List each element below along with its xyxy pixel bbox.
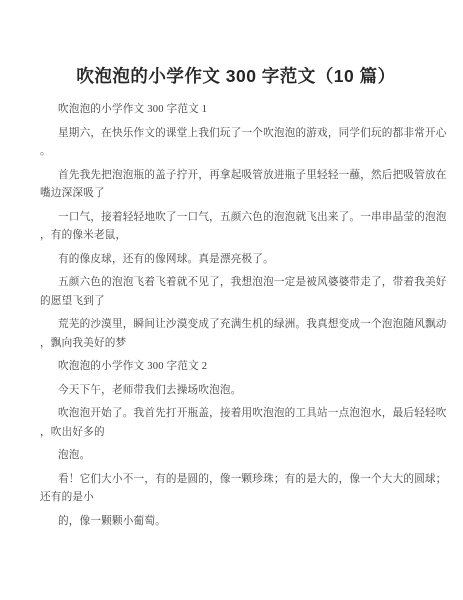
text-line: 的愿望飞到了 xyxy=(40,293,432,312)
text-line: 还有的是小 xyxy=(40,489,432,508)
text-line: 吹泡泡的小学作文 300 字范文 1 xyxy=(40,101,432,120)
text-line: 五颜六色的泡泡飞着飞着就不见了，我想泡泡一定是被风婆婆带走了，带着我美好 xyxy=(40,274,432,293)
paragraph: 荒芜的沙漠里，瞬间让沙漠变成了充满生机的绿洲。我真想变成一个泡泡随风飘动，飘向我… xyxy=(40,316,432,353)
text-line: 泡泡。 xyxy=(40,447,432,466)
text-line: 嘴边深深吸了 xyxy=(40,185,432,204)
text-line: 有的像皮球，还有的像网球。真是漂亮极了。 xyxy=(40,251,432,270)
section-heading: 吹泡泡的小学作文 300 字范文 2 xyxy=(40,358,432,377)
paragraph: 有的像皮球，还有的像网球。真是漂亮极了。 xyxy=(40,251,432,270)
section-heading: 吹泡泡的小学作文 300 字范文 1 xyxy=(40,101,432,120)
document-body: 吹泡泡的小学作文 300 字范文 1星期六，在快乐作文的课堂上我们玩了一个吹泡泡… xyxy=(40,101,432,531)
text-line: 今天下午，老师带我们去操场吹泡泡。 xyxy=(40,382,432,401)
document-content: 吹泡泡的小学作文 300 字范文（10 篇） 吹泡泡的小学作文 300 字范文 … xyxy=(40,0,432,536)
paragraph: 星期六，在快乐作文的课堂上我们玩了一个吹泡泡的游戏，同学们玩的都非常开心。 xyxy=(40,125,432,162)
paragraph: 的，像一颗颗小葡萄。 xyxy=(40,513,432,532)
text-line: ，吹出好多的 xyxy=(40,424,432,443)
document-title: 吹泡泡的小学作文 300 字范文（10 篇） xyxy=(40,0,432,90)
text-line: 吹泡泡开始了。我首先打开瓶盖，接着用吹泡泡的工具站一点泡泡水，最后轻轻吹 xyxy=(40,405,432,424)
text-line: 星期六，在快乐作文的课堂上我们玩了一个吹泡泡的游戏，同学们玩的都非常开心 xyxy=(40,125,432,144)
text-line: ，有的像米老鼠， xyxy=(40,227,432,246)
text-line: 。 xyxy=(40,143,432,162)
paragraph: 一口气，接着轻轻地吹了一口气，五颜六色的泡泡就飞出来了。一串串晶莹的泡泡，有的像… xyxy=(40,209,432,246)
document-page: 吹泡泡的小学作文 300 字范文（10 篇） 吹泡泡的小学作文 300 字范文 … xyxy=(0,0,463,600)
paragraph: 首先我先把泡泡瓶的盖子拧开，再拿起吸管放进瓶子里轻轻一蘸，然后把吸管放在嘴边深深… xyxy=(40,167,432,204)
text-line: ，飘向我美好的梦 xyxy=(40,335,432,354)
text-line: 一口气，接着轻轻地吹了一口气，五颜六色的泡泡就飞出来了。一串串晶莹的泡泡 xyxy=(40,209,432,228)
text-line: 首先我先把泡泡瓶的盖子拧开，再拿起吸管放进瓶子里轻轻一蘸，然后把吸管放在 xyxy=(40,167,432,186)
text-line: 看！它们大小不一，有的是圆的，像一颗珍珠；有的是大的，像一个大大的圆球； xyxy=(40,471,432,490)
text-line: 的，像一颗颗小葡萄。 xyxy=(40,513,432,532)
text-line: 吹泡泡的小学作文 300 字范文 2 xyxy=(40,358,432,377)
paragraph: 泡泡。 xyxy=(40,447,432,466)
paragraph: 吹泡泡开始了。我首先打开瓶盖，接着用吹泡泡的工具站一点泡泡水，最后轻轻吹，吹出好… xyxy=(40,405,432,442)
text-line: 荒芜的沙漠里，瞬间让沙漠变成了充满生机的绿洲。我真想变成一个泡泡随风飘动 xyxy=(40,316,432,335)
paragraph: 今天下午，老师带我们去操场吹泡泡。 xyxy=(40,382,432,401)
paragraph: 看！它们大小不一，有的是圆的，像一颗珍珠；有的是大的，像一个大大的圆球；还有的是… xyxy=(40,471,432,508)
paragraph: 五颜六色的泡泡飞着飞着就不见了，我想泡泡一定是被风婆婆带走了，带着我美好的愿望飞… xyxy=(40,274,432,311)
